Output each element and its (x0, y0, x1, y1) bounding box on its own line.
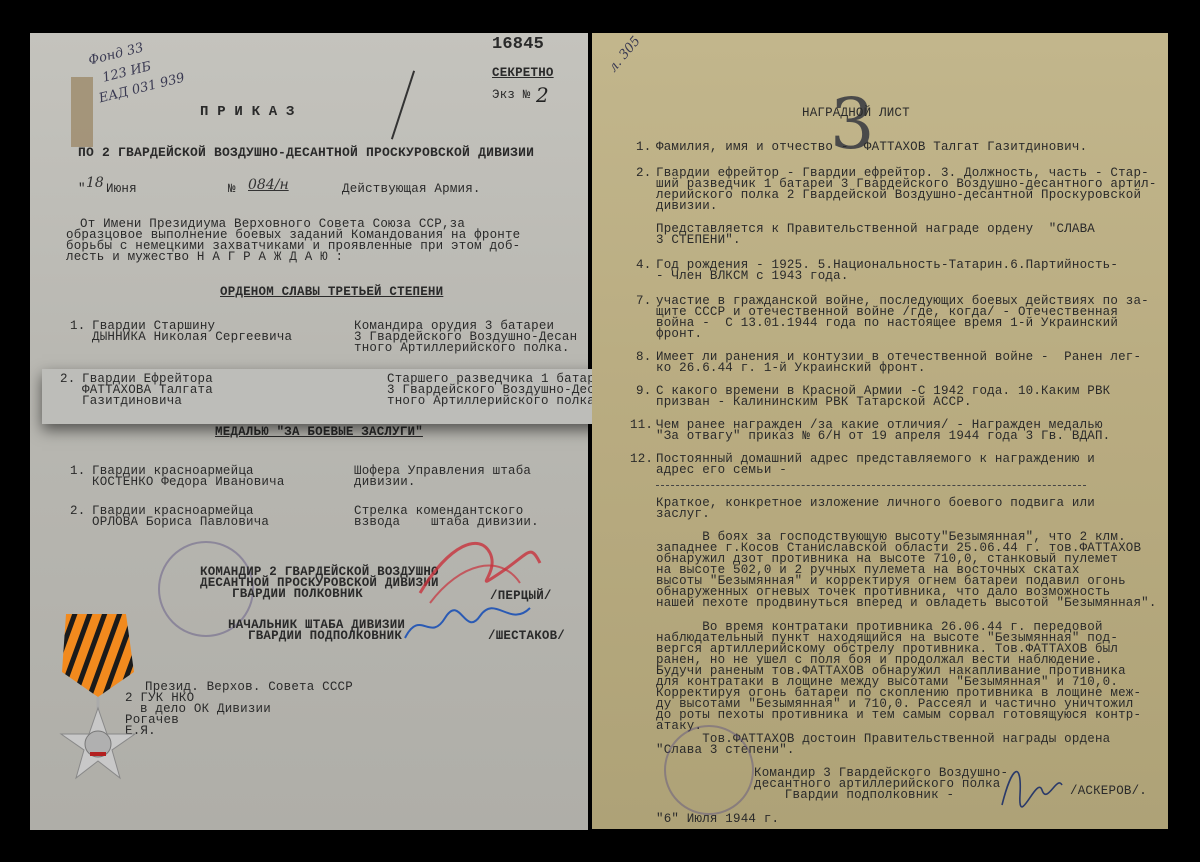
sheet-number-note: л. 305 (606, 34, 644, 75)
entry-number: 2. (60, 373, 75, 385)
item-text: лерийского полка 2 Гвардейской Воздушно-… (656, 189, 1141, 201)
summary-heading: Краткое, конкретное изложение личного бо… (656, 497, 1095, 509)
copy-number: 2 (536, 83, 549, 107)
item-text: призван - Калининским РВК Татарской АССР… (656, 396, 972, 408)
entry-number: 2. (70, 505, 85, 517)
paper-stain (71, 77, 93, 147)
order-of-glory-medal-icon (58, 612, 138, 792)
item-text: война - С 13.01.1944 года по настоящее в… (656, 317, 1118, 329)
entry-position: дивизии. (354, 476, 416, 488)
item-text: "За отвагу" приказ № 6/Н от 19 апреля 19… (656, 430, 1110, 442)
order-title: П Р И К А З (200, 106, 295, 118)
item-text: Фамилия, имя и отчество - ФАТТАХОВ Талга… (656, 141, 1087, 153)
entry-patronymic: Газитдиновича (82, 395, 182, 407)
item-number: 4. (636, 259, 651, 271)
item-number: 1. (636, 141, 651, 153)
item-number: 9. (636, 385, 651, 397)
highlighted-entry-strip: 2. Гвардии Ефрейтора ФАТТАХОВА Талгата Г… (42, 369, 612, 424)
entry-number: 1. (70, 320, 85, 332)
order-subtitle: ПО 2 ГВАРДЕЙСКОЙ ВОЗДУШНО-ДЕСАНТНОЙ ПРОС… (78, 147, 534, 159)
sheet-date: "6" Июля 1944 г. (656, 813, 779, 825)
entry-position: тного Артиллерийского полка. (387, 395, 603, 407)
text-line: до роты пехоты противника и тем самым со… (656, 709, 1141, 721)
signature-title: Гвардии подполковник - (754, 789, 954, 801)
signature-title: ГВАРДИИ ПОДПОЛКОВНИК (248, 630, 402, 642)
entry-name: ОРЛОВА Бориса Павловича (92, 516, 269, 528)
section-heading-order-glory: ОРДЕНОМ СЛАВЫ ТРЕТЬЕЙ СТЕПЕНИ (220, 286, 443, 298)
order-day: 18 (86, 175, 104, 191)
entry-name: КОСТЕНКО Федора Ивановича (92, 476, 285, 488)
item-text: - Член ВЛКСМ с 1943 года. (656, 270, 849, 282)
secrecy-mark: СЕКРЕТНО (492, 67, 554, 79)
preamble-line-4: лесть и мужество Н А Г Р А Ж Д А Ю : (66, 251, 343, 263)
copy-label: Экз № (492, 89, 531, 101)
section-divider (656, 485, 1086, 486)
item-number: 7. (636, 295, 651, 307)
order-number: 084/н (248, 177, 289, 193)
entry-number: 1. (70, 465, 85, 477)
section-heading-medal: МЕДАЛЬЮ "ЗА БОЕВЫЕ ЗАСЛУГИ" (215, 426, 423, 438)
order-month: Июня (106, 183, 137, 195)
archive-number: 16845 (492, 39, 544, 51)
item-text: дивизии. (656, 200, 718, 212)
item-text: фронт. (656, 328, 702, 340)
commander-signature (992, 755, 1072, 825)
entry-position: тного Артиллерийского полка. (354, 342, 570, 354)
regiment-stamp (664, 725, 754, 815)
item-text: адрес его семьи - (656, 464, 787, 476)
item-number: 12. (630, 453, 653, 465)
order-location: Действующая Армия. (342, 183, 481, 195)
item-number: 8. (636, 351, 651, 363)
item-number: 2. (636, 167, 651, 179)
blue-ink-signature (400, 598, 540, 648)
pencil-stroke (391, 70, 415, 139)
signature-name: /АСКЕРОВ/. (1070, 785, 1147, 797)
item-number: 11. (630, 419, 653, 431)
summary-heading: заслуг. (656, 508, 710, 520)
order-number-label: № (228, 183, 236, 195)
signature-title: ГВАРДИИ ПОЛКОВНИК (232, 588, 363, 600)
item-text: 3 СТЕПЕНИ". (656, 234, 741, 246)
entry-name: ДЫННИКА Николая Сергеевича (92, 331, 292, 343)
award-sheet-document: л. 305 3 НАГРАДНОЙ ЛИСТ 1. Фамилия, имя … (592, 33, 1168, 829)
item-text: ко 26.6.44 г. 1-й Украинский фронт. (656, 362, 926, 374)
award-sheet-title: НАГРАДНОЙ ЛИСТ (802, 107, 910, 119)
text-line: нашей пехоте продвинуться вперед и овлад… (656, 597, 1157, 609)
